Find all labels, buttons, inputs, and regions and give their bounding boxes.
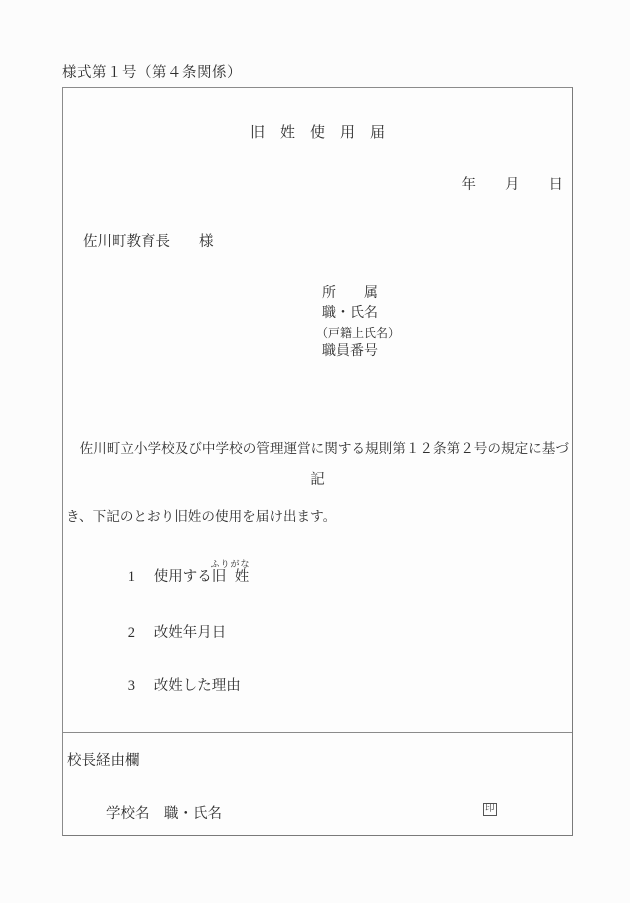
principal-route-label: 校長経由欄	[67, 749, 140, 770]
registered-name-label: （戸籍上氏名）	[316, 324, 400, 342]
affiliation-label: 所 属	[322, 284, 400, 304]
recipient-line: 佐川町教育長 様	[83, 230, 214, 251]
item-label: 改姓年月日	[154, 625, 227, 641]
furigana-ruby: 旧 姓ふりがな	[212, 569, 251, 585]
form-border-box: 旧姓使用届 年 月 日 佐川町教育長 様 所 属 職・氏名 （戸籍上氏名） 職員…	[62, 87, 573, 836]
position-name-label: 職・氏名	[322, 304, 400, 324]
item-label: 使用する旧 姓ふりがな	[154, 569, 251, 585]
employee-number-label: 職員番号	[322, 342, 400, 362]
principal-route-section: 校長経由欄 学校名 職・氏名 印	[63, 732, 572, 837]
seal-mark: 印	[483, 803, 497, 816]
body-paragraph-line-1: 佐川町立小学校及び中学校の管理運営に関する規則第１２条第２号の規定に基づ	[66, 438, 572, 461]
document-page: 様式第１号（第４条関係） 旧姓使用届 年 月 日 佐川町教育長 様 所 属 職・…	[0, 0, 630, 903]
item-former-surname: 1使用する旧 姓ふりがな	[106, 543, 251, 603]
ruby-text: ふりがな	[211, 559, 251, 569]
form-number-label: 様式第１号（第４条関係）	[62, 61, 242, 82]
item-change-date: 2改姓年月日	[106, 604, 226, 659]
item-label-prefix: 使用する	[154, 569, 212, 585]
applicant-block: 所 属 職・氏名 （戸籍上氏名） 職員番号	[322, 284, 400, 362]
form-title: 旧姓使用届	[63, 121, 572, 142]
item-change-reason: 3改姓した理由	[106, 657, 241, 712]
item-label: 改姓した理由	[154, 678, 241, 694]
item-number: 1	[128, 569, 138, 586]
list-heading-ki: 記	[63, 468, 572, 489]
school-name-line: 学校名 職・氏名	[106, 802, 222, 823]
item-number: 3	[128, 678, 138, 695]
item-number: 2	[128, 625, 138, 642]
date-line: 年 月 日	[462, 173, 564, 194]
ruby-base: 旧 姓	[211, 569, 251, 585]
body-paragraph-line-2: き、下記のとおり旧姓の使用を届け出ます。	[66, 506, 572, 529]
